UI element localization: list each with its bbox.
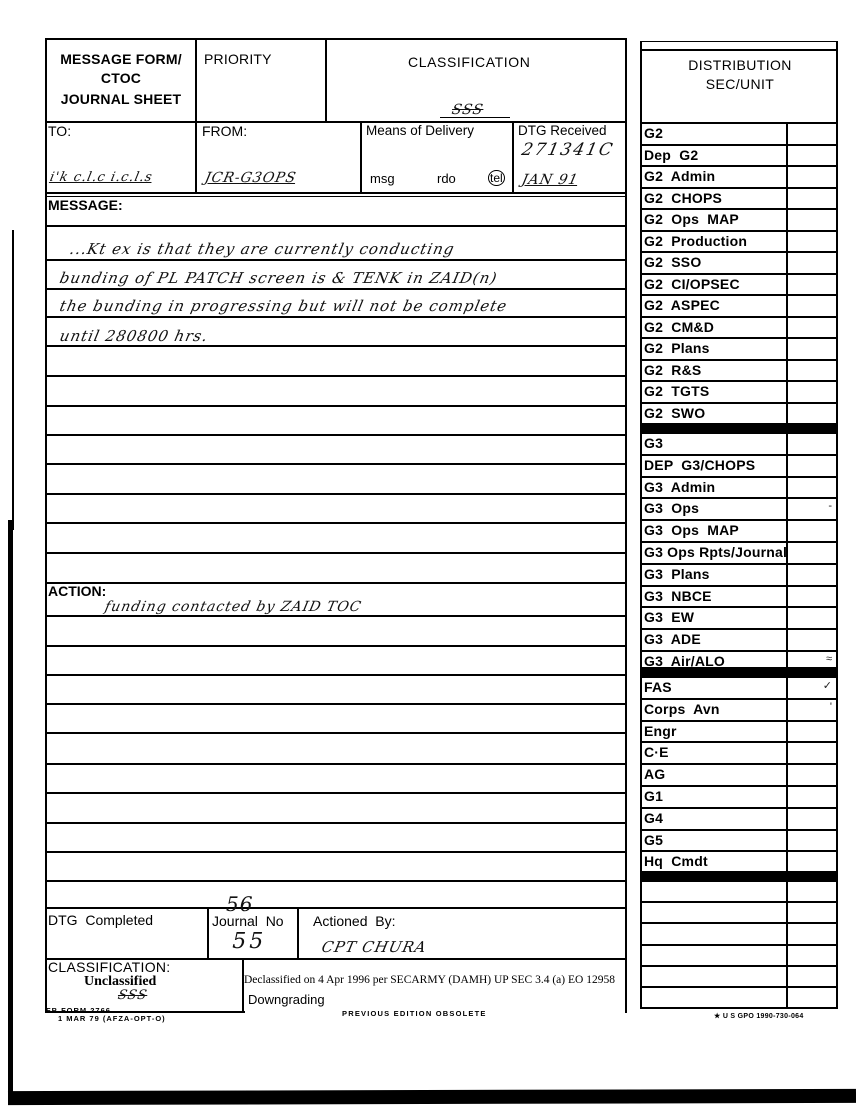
gpo-imprint: ★ U S GPO 1990-730-064: [714, 1012, 804, 1020]
distribution-row: G2 CM&D: [642, 316, 838, 338]
distribution-row-label: G2: [644, 125, 663, 141]
distribution-check-box[interactable]: [786, 189, 838, 209]
distribution-row-label: Dep G2: [644, 147, 698, 163]
means-option-rdo[interactable]: rdo: [437, 171, 456, 186]
distribution-header: DISTRIBUTION SEC/UNIT: [642, 56, 838, 94]
distribution-row-label: G3 Plans: [644, 566, 710, 582]
distribution-check-box[interactable]: [786, 565, 838, 585]
distribution-row: G3 Ops Rpts/Journal: [642, 541, 838, 563]
bottom-classification-label: CLASSIFICATION:: [48, 959, 170, 975]
section-divider-other: [642, 871, 838, 880]
distribution-check-box[interactable]: [786, 543, 838, 563]
distribution-check-box[interactable]: [786, 456, 838, 476]
distribution-row-label: FAS: [644, 679, 672, 695]
message-line-2[interactable]: bunding of PL PATCH screen is & TENK in …: [58, 269, 499, 287]
distribution-row: G2 TGTS: [642, 380, 838, 402]
distribution-check-box[interactable]: [786, 722, 838, 742]
distribution-row: G5: [642, 829, 838, 851]
distribution-check-box[interactable]: [786, 882, 838, 901]
distribution-row-label: Hq Cmdt: [644, 853, 708, 869]
section-divider-g3: [642, 667, 838, 676]
from-value[interactable]: JCR-G3OPS: [203, 170, 298, 186]
distribution-row-label: G2 Production: [644, 233, 747, 249]
distribution-row-label: G2 CM&D: [644, 319, 714, 335]
distribution-row: G3 Admin: [642, 476, 838, 498]
distribution-row: [642, 901, 838, 922]
to-label: TO:: [48, 123, 71, 139]
distribution-check-box[interactable]: [786, 404, 838, 424]
distribution-row-label: G2 ASPEC: [644, 297, 720, 313]
distribution-row-label: G3 Admin: [644, 479, 715, 495]
dtg-completed-field[interactable]: [48, 930, 203, 956]
distribution-check-box[interactable]: [786, 924, 838, 943]
distribution-check-box[interactable]: [786, 296, 838, 316]
distribution-row: Corps Avn': [642, 698, 838, 720]
distribution-check-box[interactable]: [786, 382, 838, 402]
distribution-row-label: G1: [644, 788, 663, 804]
means-option-msg[interactable]: msg: [370, 171, 395, 186]
distribution-check-box[interactable]: [786, 339, 838, 359]
distribution-row: [642, 986, 838, 1007]
message-line-3[interactable]: the bunding in progressing but will not …: [58, 297, 509, 315]
distribution-check-box[interactable]: [786, 167, 838, 187]
classification-value: SSS: [450, 102, 485, 118]
journal-no-overwrite: 56: [223, 892, 256, 916]
distribution-check-mark: ': [830, 701, 832, 713]
distribution-row-label: G3 EW: [644, 609, 694, 625]
distribution-row-label: G3 Ops Rpts/Journal: [644, 544, 787, 560]
distribution-check-box[interactable]: [786, 630, 838, 650]
distribution-row-label: DEP G3/CHOPS: [644, 457, 755, 473]
distribution-row: G3 Plans: [642, 563, 838, 585]
distribution-row: G2: [642, 122, 838, 144]
distribution-check-box[interactable]: [786, 608, 838, 628]
distribution-check-box[interactable]: [786, 521, 838, 541]
distribution-row-label: G3: [644, 435, 663, 451]
message-line-1[interactable]: ...Kt ex is that they are currently cond…: [68, 240, 456, 258]
distribution-row-label: G2 SSO: [644, 254, 701, 270]
distribution-row-label: G2 R&S: [644, 362, 701, 378]
distribution-check-box[interactable]: [786, 852, 838, 872]
distribution-check-box[interactable]: [786, 831, 838, 851]
downgrading-label: Downgrading: [248, 992, 325, 1007]
distribution-check-box[interactable]: [786, 232, 838, 252]
distribution-row: G3 EW: [642, 606, 838, 628]
distribution-check-box[interactable]: [786, 124, 838, 144]
distribution-row-label: G4: [644, 810, 663, 826]
scan-edge-left-thick: [8, 520, 13, 1095]
distribution-row-label: G2 TGTS: [644, 383, 709, 399]
distribution-check-box[interactable]: [786, 361, 838, 381]
dtg-received-month[interactable]: JAN 91: [520, 172, 580, 188]
distribution-row: FAS✓: [642, 676, 838, 698]
distribution-check-box[interactable]: [786, 743, 838, 763]
distribution-check-box[interactable]: [786, 210, 838, 230]
actioned-by-value[interactable]: CPT CHURA: [320, 938, 428, 956]
dtg-completed-label: DTG Completed: [48, 912, 153, 928]
distribution-row: G3 ADE: [642, 628, 838, 650]
distribution-row: [642, 922, 838, 943]
distribution-row-label: G3 Ops MAP: [644, 522, 739, 538]
dtg-received-label: DTG Received: [518, 123, 607, 138]
distribution-row-label: G3 Ops: [644, 500, 699, 516]
dtg-received-value[interactable]: 271341C: [520, 140, 616, 160]
priority-label: PRIORITY: [204, 51, 272, 67]
distribution-check-box[interactable]: [786, 967, 838, 986]
distribution-row-label: G2 CI/OPSEC: [644, 276, 740, 292]
journal-no-value[interactable]: 55: [229, 929, 268, 954]
form-title: MESSAGE FORM/ CTOC JOURNAL SHEET: [47, 50, 195, 109]
distribution-row-label: G3 NBCE: [644, 588, 712, 604]
previous-edition-obsolete: PREVIOUS EDITION OBSOLETE: [342, 1009, 487, 1018]
distribution-check-box[interactable]: [786, 587, 838, 607]
distribution-row: AG: [642, 763, 838, 785]
distribution-row-label: G3 ADE: [644, 631, 701, 647]
distribution-row: [642, 944, 838, 965]
from-label: FROM:: [202, 123, 247, 139]
distribution-row: G2 ASPEC: [642, 294, 838, 316]
action-label: ACTION:: [48, 583, 106, 599]
distribution-check-box[interactable]: [786, 318, 838, 338]
distribution-check-box[interactable]: ': [786, 700, 838, 720]
distribution-row: G2 SWO: [642, 402, 838, 424]
actioned-by-label: Actioned By:: [313, 913, 396, 929]
distribution-row: G2 SSO: [642, 251, 838, 273]
distribution-row-label: G5: [644, 832, 663, 848]
distribution-check-mark: ≈: [826, 653, 832, 665]
distribution-row: G2 Production: [642, 230, 838, 252]
means-option-tel[interactable]: tel: [488, 170, 505, 186]
distribution-row: Engr: [642, 720, 838, 742]
message-line-4[interactable]: until 280800 hrs.: [58, 327, 210, 345]
distribution-check-box[interactable]: [786, 275, 838, 295]
distribution-row-label: G2 CHOPS: [644, 190, 722, 206]
scan-edge-bottom: [8, 1089, 856, 1105]
distribution-row-label: G2 Admin: [644, 168, 715, 184]
section-divider-g2: [642, 423, 838, 432]
message-label: MESSAGE:: [48, 197, 123, 213]
distribution-check-box[interactable]: -: [786, 499, 838, 519]
distribution-check-box[interactable]: [786, 787, 838, 807]
distribution-row-label: AG: [644, 766, 665, 782]
distribution-row: G3 Ops-: [642, 497, 838, 519]
distribution-row-label: G2 Ops MAP: [644, 211, 739, 227]
bottom-classification-struck: SSS: [116, 988, 148, 1003]
classification-label: CLASSIFICATION: [408, 54, 531, 70]
distribution-row: DEP G3/CHOPS: [642, 454, 838, 476]
distribution-row: G2 CI/OPSEC: [642, 273, 838, 295]
distribution-check-box[interactable]: [786, 988, 838, 1007]
distribution-row-label: G2 SWO: [644, 405, 705, 421]
action-value[interactable]: funding contacted by ZAID TOC: [103, 599, 363, 615]
distribution-row: G4: [642, 807, 838, 829]
distribution-check-box[interactable]: [786, 253, 838, 273]
distribution-row-label: Corps Avn: [644, 701, 720, 717]
declassified-note: Declassified on 4 Apr 1996 per SECARMY (…: [244, 974, 615, 986]
scan-edge-left: [12, 230, 14, 530]
distribution-row: [642, 880, 838, 901]
means-of-delivery-label: Means of Delivery: [366, 123, 474, 138]
distribution-row: G2 Ops MAP: [642, 208, 838, 230]
distribution-check-box[interactable]: [786, 434, 838, 454]
distribution-check-box[interactable]: [786, 146, 838, 166]
distribution-row: Hq Cmdt: [642, 850, 838, 872]
distribution-row: [642, 965, 838, 986]
distribution-row-label: G2 Plans: [644, 340, 710, 356]
distribution-check-box[interactable]: [786, 946, 838, 965]
distribution-check-box[interactable]: [786, 903, 838, 922]
distribution-check-box[interactable]: [786, 765, 838, 785]
distribution-check-box[interactable]: [786, 478, 838, 498]
distribution-row: G1: [642, 785, 838, 807]
form-number: FB FORM 2766 1 MAR 79 (AFZA-OPT-O): [46, 1007, 166, 1023]
classification-underline: [440, 117, 510, 118]
distribution-check-mark: -: [828, 500, 832, 512]
distribution-row: G2 R&S: [642, 359, 838, 381]
distribution-row: Dep G2: [642, 144, 838, 166]
to-value[interactable]: i'k c.l.c i.c.l.s: [48, 170, 154, 185]
distribution-row: G2 CHOPS: [642, 187, 838, 209]
distribution-row: G2 Plans: [642, 337, 838, 359]
distribution-check-box[interactable]: [786, 809, 838, 829]
distribution-row-label: Engr: [644, 723, 677, 739]
distribution-check-box[interactable]: ✓: [786, 678, 838, 698]
distribution-row-label: C·E: [644, 744, 669, 760]
distribution-row: G2 Admin: [642, 165, 838, 187]
distribution-check-mark: ✓: [823, 679, 832, 692]
distribution-row: C·E: [642, 741, 838, 763]
distribution-row: G3 NBCE: [642, 585, 838, 607]
distribution-row: G3: [642, 432, 838, 454]
distribution-row: G3 Ops MAP: [642, 519, 838, 541]
